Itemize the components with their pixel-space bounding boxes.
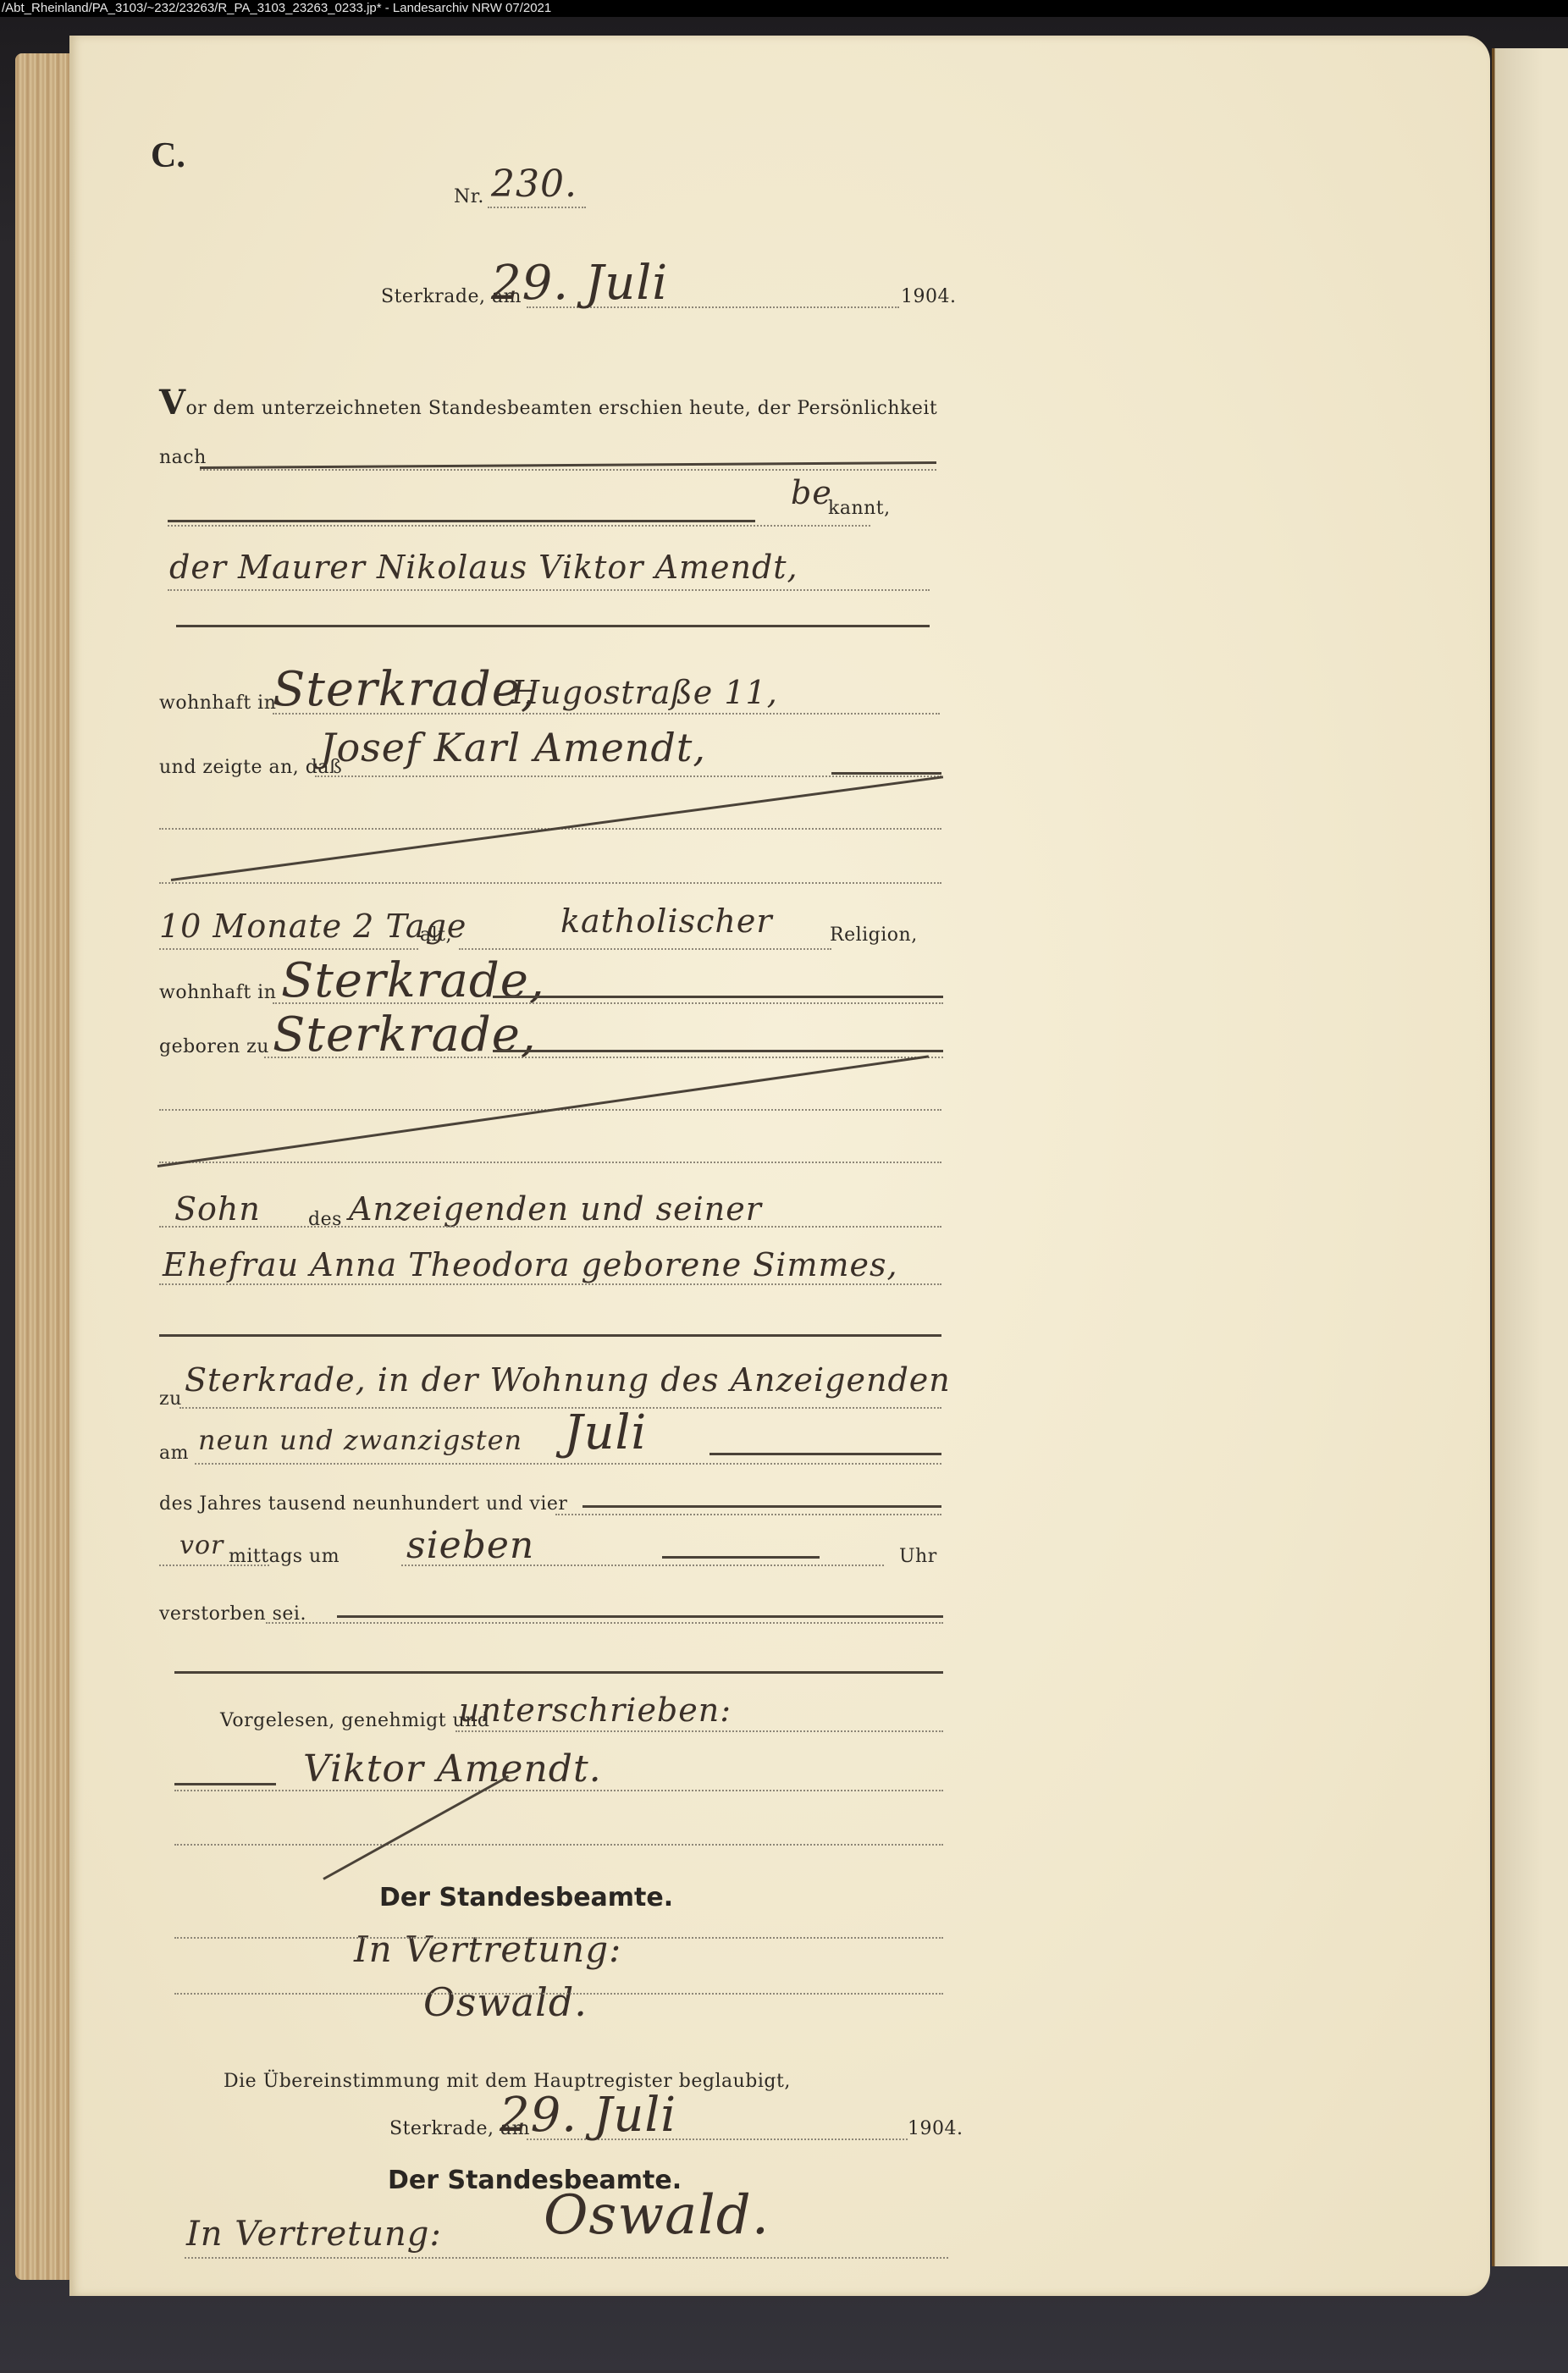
nach-label: nach — [159, 447, 207, 468]
death-place: Sterkrade, in der Wohnung des Anzeigende… — [185, 1361, 951, 1399]
religion-label: Religion, — [830, 924, 918, 946]
strike-line — [200, 461, 936, 469]
bekannt-label: kannt, — [828, 498, 891, 519]
dotted-line — [174, 1937, 943, 1939]
dotted-line — [174, 1844, 943, 1846]
declarant-name: der Maurer Nikolaus Viktor Amendt, — [169, 549, 798, 586]
age-label: alt, — [420, 924, 452, 946]
strike-line — [337, 1615, 943, 1618]
dotted-line — [195, 1463, 941, 1465]
certification-date: 29. Juli — [500, 2088, 676, 2143]
dotted-line — [159, 1162, 941, 1163]
declarant-residence-city: Sterkrade, — [273, 662, 537, 717]
strike-line — [174, 1783, 276, 1785]
record-date: 29. Juli — [491, 256, 668, 311]
death-ampm: vor — [179, 1531, 224, 1560]
strike-line — [662, 1556, 820, 1559]
death-day: neun und zwanzigsten — [198, 1424, 522, 1456]
official-title: Der Standesbeamte. — [379, 1883, 673, 1912]
deceased-residence-label: wohnhaft in — [159, 982, 276, 1003]
uhr-label: Uhr — [899, 1546, 937, 1567]
strike-line — [831, 772, 941, 775]
dotted-line — [200, 469, 936, 471]
dotted-line — [185, 2257, 948, 2259]
dotted-line — [159, 948, 418, 950]
dotted-line — [455, 1730, 943, 1732]
record-year: 1904. — [901, 286, 956, 307]
certification-signature: Oswald. — [544, 2184, 770, 2247]
intro-initial: V — [159, 383, 186, 422]
dotted-line — [459, 948, 831, 950]
strike-line — [709, 1453, 941, 1455]
declarant-residence-street: Hugostraße 11, — [511, 674, 778, 711]
number-line — [488, 207, 586, 208]
strike-line — [174, 1671, 943, 1674]
intro-text: Vor dem unterzeichneten Standesbeamten e… — [159, 383, 937, 422]
dotted-line — [159, 1226, 941, 1228]
dotted-line — [159, 882, 941, 884]
deceased-residence: Sterkrade, — [281, 953, 545, 1008]
declarant-signature: Viktor Amendt. — [303, 1747, 602, 1791]
dotted-line — [159, 1283, 941, 1285]
register-page: C. Nr. 230. Sterkrade, am 29. Juli 1904.… — [69, 36, 1490, 2296]
number-label: Nr. — [454, 186, 484, 207]
official-signature: Oswald. — [423, 1979, 588, 2025]
dotted-line — [266, 1622, 943, 1624]
death-hour: sieben — [406, 1524, 534, 1567]
strike-line — [168, 520, 755, 522]
certification-deputy: In Vertretung: — [186, 2215, 442, 2254]
official-deputy: In Vertretung: — [354, 1929, 621, 1970]
strike-line — [493, 1050, 943, 1052]
parents-line1-b: Anzeigenden und seiner — [349, 1190, 762, 1228]
deceased-birthplace: Sterkrade, — [273, 1007, 537, 1062]
death-month: Juli — [564, 1405, 647, 1460]
bekannt-handwritten: be — [791, 474, 832, 511]
dotted-line — [179, 1407, 941, 1409]
residence-label: wohnhaft in — [159, 693, 276, 714]
dotted-line — [168, 589, 930, 591]
strike-line — [582, 1505, 941, 1508]
strike-line — [493, 996, 943, 998]
read-approved-value: unterschrieben: — [459, 1691, 732, 1729]
death-day-label: am — [159, 1443, 189, 1464]
parents-line1-a: Sohn — [174, 1190, 261, 1228]
window-title: /Abt_Rheinland/PA_3103/~232/23263/R_PA_3… — [0, 0, 1568, 17]
dotted-line — [174, 1993, 943, 1995]
death-place-label: zu — [159, 1388, 182, 1410]
deceased-religion: katholischer — [560, 902, 773, 940]
read-approved-label: Vorgelesen, genehmigt und — [220, 1710, 489, 1731]
born-label: geboren zu — [159, 1036, 269, 1057]
page-edges — [15, 53, 75, 2280]
death-year-text: des Jahres tausend neunhundert und vier — [159, 1493, 567, 1515]
strike-line — [159, 1334, 941, 1337]
strike-line — [176, 625, 930, 627]
time-label: mittags um — [229, 1546, 340, 1567]
diagonal-strike — [157, 1055, 929, 1167]
record-number: 230. — [491, 163, 577, 206]
section-letter: C. — [151, 135, 185, 176]
deceased-name: Josef Karl Amendt, — [320, 725, 706, 770]
dotted-line — [315, 775, 941, 777]
facing-page — [1492, 48, 1568, 2266]
dotted-line — [168, 525, 870, 527]
parents-line2: Ehefrau Anna Theodora geborene Simmes, — [163, 1246, 898, 1283]
dotted-line — [555, 1514, 941, 1515]
certification-year: 1904. — [908, 2118, 963, 2139]
intro-sentence: or dem unterzeichneten Standesbeamten er… — [186, 398, 938, 419]
